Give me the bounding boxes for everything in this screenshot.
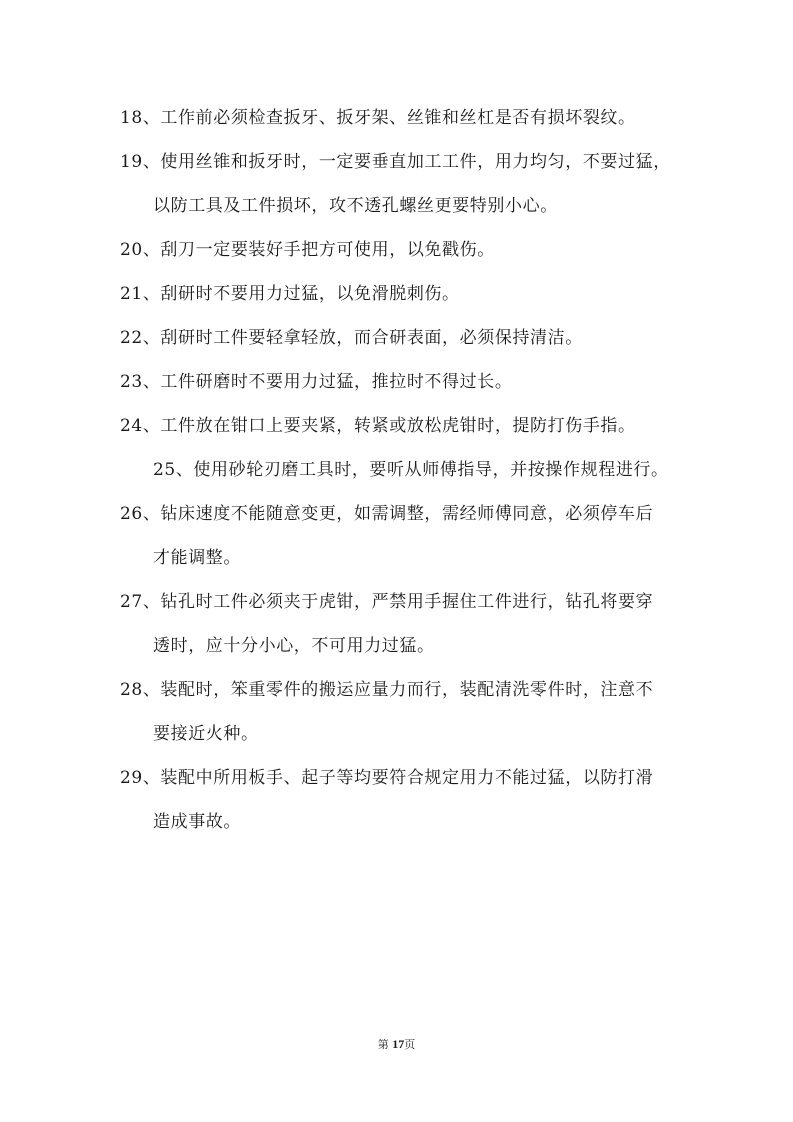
rule-18-line-1: 18、工作前必须检查扳牙、扳牙架、丝锥和丝杠是否有损坏裂纹。: [120, 107, 636, 129]
rule-26-line-2: 才能调整。: [153, 547, 241, 569]
rule-28-line-2: 要接近火种。: [153, 723, 259, 745]
rule-22-line-1: 22、刮研时工件要轻拿轻放，而合研表面，必须保持清洁。: [120, 327, 583, 349]
rule-20-line-1: 20、刮刀一定要装好手把方可使用，以免戳伤。: [120, 239, 495, 261]
rule-24-line-1: 24、工件放在钳口上要夹紧，转紧或放松虎钳时，提防打伤手指。: [120, 415, 636, 437]
rule-27-line-1: 27、钻孔时工件必须夹于虎钳，严禁用手握住工件进行，钻孔将要穿: [120, 591, 653, 613]
rule-25-line-1: 25、使用砂轮刃磨工具时，要听从师傅指导，并按操作规程进行。: [153, 459, 669, 481]
rule-19-line-2: 以防工具及工件损坏，攻不透孔螺丝更要特别小心。: [153, 195, 558, 217]
rule-26-line-1: 26、钻床速度不能随意变更，如需调整，需经师傅同意，必须停车后: [120, 503, 653, 525]
rule-21-line-1: 21、刮研时不要用力过猛，以免滑脱刺伤。: [120, 283, 460, 305]
rule-29-line-2: 造成事故。: [153, 811, 241, 833]
page-number: 17: [392, 1037, 404, 1051]
rule-27-line-2: 透时，应十分小心，不可用力过猛。: [153, 635, 435, 657]
rule-29-line-1: 29、装配中所用板手、起子等均要符合规定用力不能过猛，以防打滑: [120, 767, 653, 789]
page-footer: 第 17页: [0, 1036, 793, 1053]
rule-19-line-1: 19、使用丝锥和扳牙时，一定要垂直加工工件，用力均匀，不要过猛，: [120, 151, 671, 173]
document-page: 18、工作前必须检查扳牙、扳牙架、丝锥和丝杠是否有损坏裂纹。 19、使用丝锥和扳…: [0, 0, 793, 1122]
rule-23-line-1: 23、工件研磨时不要用力过猛，推拉时不得过长。: [120, 371, 512, 393]
page-number-prefix: 第: [378, 1038, 389, 1051]
rule-28-line-1: 28、装配时，笨重零件的搬运应量力而行，装配清洗零件时，注意不: [120, 679, 653, 701]
page-number-suffix: 页: [404, 1038, 415, 1051]
